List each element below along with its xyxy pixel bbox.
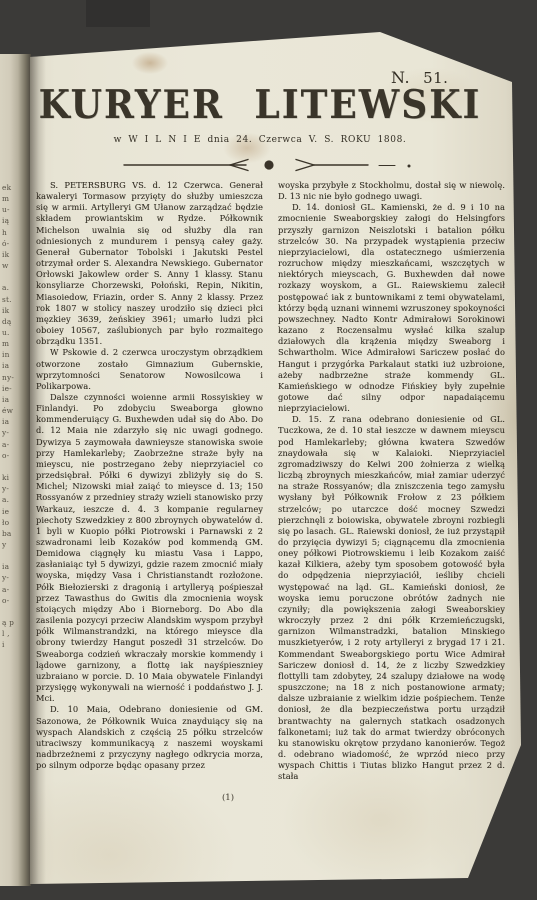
dateline: w W I L N I E dnia 24. Czerwca V. S. ROK… bbox=[20, 135, 500, 145]
paragraph: o- bbox=[2, 595, 19, 606]
masthead-title: KURYER LITEWSKI bbox=[20, 82, 500, 127]
paragraph: ło bbox=[2, 517, 19, 528]
paragraph: m bbox=[2, 193, 19, 204]
paragraph: st. bbox=[2, 294, 19, 305]
paragraph: S. PETERSBURG VS. d. 12 Czerwca. Generał… bbox=[36, 180, 263, 347]
paragraph: a- bbox=[2, 439, 19, 450]
paragraph: ią bbox=[2, 215, 19, 226]
paragraph: u- bbox=[2, 204, 19, 215]
paragraph bbox=[2, 461, 19, 472]
paragraph: ik bbox=[2, 305, 19, 316]
article-columns: S. PETERSBURG VS. d. 12 Czerwca. Generał… bbox=[36, 180, 506, 800]
paragraph bbox=[2, 606, 19, 617]
paragraph: W Pskowie d. 2 czerwca uroczystym obrząd… bbox=[36, 347, 263, 392]
paragraph: ia bbox=[2, 360, 19, 371]
paragraph: ą p bbox=[2, 617, 19, 628]
paragraph: o- bbox=[2, 450, 19, 461]
paragraph: ia bbox=[2, 394, 19, 405]
paragraph: ek bbox=[2, 182, 19, 193]
paragraph: ó- bbox=[2, 238, 19, 249]
paragraph: a. bbox=[2, 282, 19, 293]
paragraph: u. bbox=[2, 327, 19, 338]
paragraph: a. bbox=[2, 494, 19, 505]
arrow-divider-icon bbox=[118, 156, 418, 174]
paragraph: h bbox=[2, 227, 19, 238]
paragraph: y- bbox=[2, 427, 19, 438]
paragraph: y- bbox=[2, 572, 19, 583]
paragraph: D. 10 Maia, Odebrano doniesienie od GM. … bbox=[36, 704, 263, 771]
paragraph: ki bbox=[2, 472, 19, 483]
paragraph: ny- bbox=[2, 372, 19, 383]
paragraph: l , bbox=[2, 628, 19, 639]
newspaper-page: N.51. KURYER LITEWSKI w W I L N I E dnia… bbox=[0, 0, 537, 900]
paragraph: éw bbox=[2, 405, 19, 416]
paragraph: i bbox=[2, 639, 19, 650]
paragraph: woyska przybyłe z Stockholmu, dostał się… bbox=[278, 180, 505, 202]
paragraph: w bbox=[2, 260, 19, 271]
paragraph: ik bbox=[2, 249, 19, 260]
paragraph bbox=[2, 550, 19, 561]
adjacent-page-strip: ekmu-iąhó-ikwa.st.ikdąu.miniany-ie-iaéwi… bbox=[0, 54, 31, 886]
left-column: S. PETERSBURG VS. d. 12 Czerwca. Generał… bbox=[36, 180, 263, 798]
paragraph: y bbox=[2, 539, 19, 550]
paragraph: D. 15. Z rana odebrano doniesienie od GL… bbox=[278, 414, 505, 782]
paragraph: y- bbox=[2, 483, 19, 494]
paragraph bbox=[2, 271, 19, 282]
right-column: woyska przybyłe z Stockholmu, dostał się… bbox=[278, 180, 505, 798]
paragraph: ba bbox=[2, 528, 19, 539]
scanned-newspaper-page: ekmu-iąhó-ikwa.st.ikdąu.miniany-ie-iaéwi… bbox=[0, 0, 537, 900]
paragraph: m bbox=[2, 338, 19, 349]
paragraph: D. 14. doniosł GL. Kamienski, że d. 9 i … bbox=[278, 202, 505, 414]
paragraph: in bbox=[2, 349, 19, 360]
paragraph: ia bbox=[2, 561, 19, 572]
paragraph: Dalsze czynności woienne armii Rossyiski… bbox=[36, 392, 263, 704]
paragraph: a- bbox=[2, 584, 19, 595]
footer-signature-mark: (1) bbox=[206, 793, 250, 803]
paragraph: ie- bbox=[2, 383, 19, 394]
scan-backdrop-patch bbox=[86, 0, 150, 27]
adjacent-page-text-fragments: ekmu-iąhó-ikwa.st.ikdąu.miniany-ie-iaéwi… bbox=[0, 54, 19, 651]
paragraph: ia bbox=[2, 416, 19, 427]
paragraph: dą bbox=[2, 316, 19, 327]
paragraph: ie bbox=[2, 506, 19, 517]
